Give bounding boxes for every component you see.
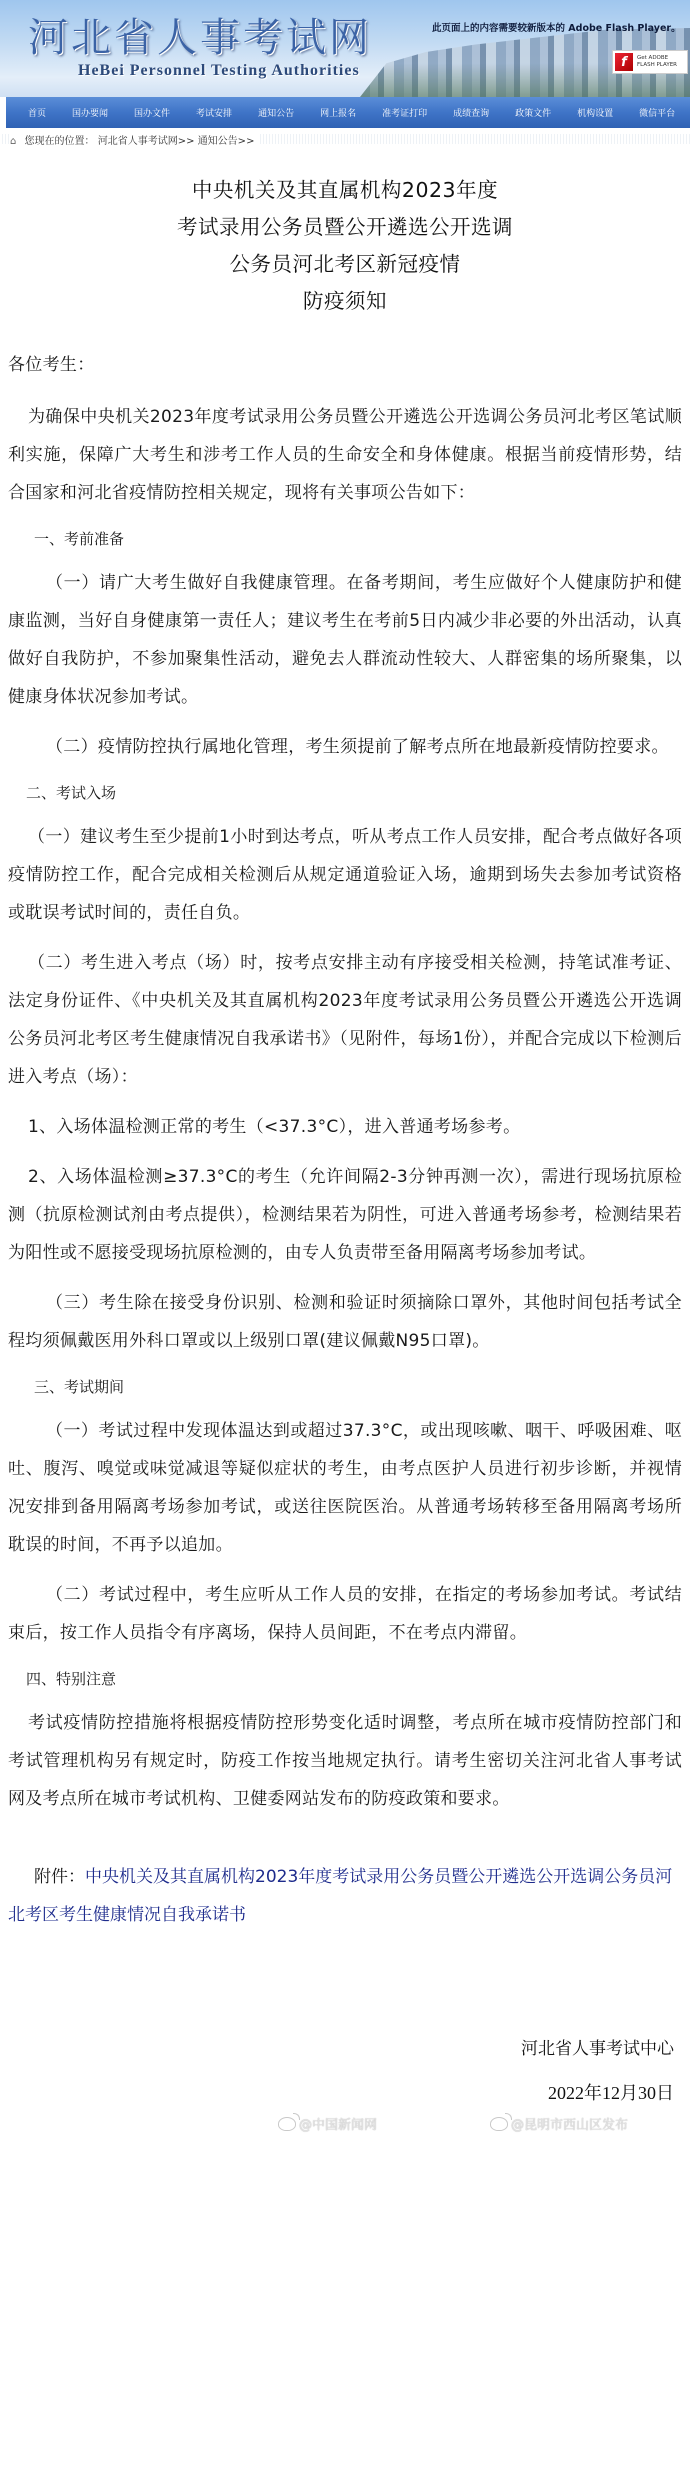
flash-notice: 此页面上的内容需要较新版本的 Adobe Flash Player。	[432, 20, 681, 34]
nav-item-documents[interactable]: 国办文件	[134, 106, 170, 119]
nav-item-online-registration[interactable]: 网上报名	[320, 106, 356, 119]
site-title-cn: 河北省人事考试网	[28, 6, 372, 63]
paragraph: （三）考生除在接受身份识别、检测和验证时须摘除口罩外，其他时间包括考试全程均须佩…	[8, 1284, 682, 1360]
main-nav: 首页 国办要闻 国办文件 考试安排 通知公告 网上报名 准考证打印 成绩查询 政…	[6, 97, 690, 128]
document-title: 中央机关及其直属机构2023年度 考试录用公务员暨公开遴选公开选调 公务员河北考…	[0, 172, 690, 320]
section-heading-1: 一、考前准备	[8, 524, 682, 554]
attachment-link[interactable]: 中央机关及其直属机构2023年度考试录用公务员暨公开遴选公开选调公务员河北考区考…	[8, 1867, 672, 1925]
nav-item-organization[interactable]: 机构设置	[577, 106, 613, 119]
paragraph: （一）考试过程中发现体温达到或超过37.3°C，或出现咳嗽、咽干、呼吸困难、呕吐…	[8, 1412, 682, 1564]
breadcrumb-prefix: 您现在的位置：	[25, 136, 95, 147]
document-body: 各位考生： 为确保中央机关2023年度考试录用公务员暨公开遴选公开选调公务员河北…	[0, 346, 690, 2108]
weibo-icon	[278, 2117, 296, 2131]
paragraph: （二）考生进入考点（场）时，按考点安排主动有序接受相关检测，持笔试准考证、法定身…	[8, 944, 682, 1096]
nav-item-home[interactable]: 首页	[28, 106, 46, 119]
nav-item-wechat[interactable]: 微信平台	[639, 106, 675, 119]
paragraph: （一）请广大考生做好自我健康管理。在备考期间，考生应做好个人健康防护和健康监测，…	[8, 564, 682, 716]
nav-item-exam-schedule[interactable]: 考试安排	[196, 106, 232, 119]
nav-item-admission-print[interactable]: 准考证打印	[382, 106, 427, 119]
paragraph: 1、入场体温检测正常的考生（<37.3°C），进入普通考场参考。	[8, 1108, 682, 1146]
nav-item-news[interactable]: 国办要闻	[72, 106, 108, 119]
breadcrumb: ⌂ 您现在的位置： 河北省人事考试网>> 通知公告>>	[0, 128, 690, 150]
watermarks: @中国新闻网 @昆明市西山区发布	[0, 2110, 690, 2144]
attachment: 附件：中央机关及其直属机构2023年度考试录用公务员暨公开遴选公开选调公务员河北…	[8, 1858, 682, 1934]
site-title-en: HeBei Personnel Testing Authorities	[78, 62, 360, 80]
paragraph: 2、入场体温检测≥37.3°C的考生（允许间隔2-3分钟再测一次），需进行现场抗…	[8, 1158, 682, 1272]
watermark-text: @昆明市西山区发布	[511, 2114, 628, 2133]
flash-badge-text: Get ADOBE FLASH PLAYER	[637, 55, 677, 69]
title-line: 公务员河北考区新冠疫情	[0, 246, 690, 283]
signature-org: 河北省人事考试中心	[8, 2034, 674, 2064]
nav-item-score-query[interactable]: 成绩查询	[453, 106, 489, 119]
title-line: 防疫须知	[0, 283, 690, 320]
section-heading-4: 四、特别注意	[8, 1664, 682, 1694]
section-heading-2: 二、考试入场	[8, 778, 682, 808]
signature-date: 2022年12月30日	[8, 2078, 674, 2108]
section-heading-3: 三、考试期间	[8, 1372, 682, 1402]
title-line: 考试录用公务员暨公开遴选公开选调	[0, 209, 690, 246]
home-icon: ⌂	[10, 136, 16, 147]
paragraph: （一）建议考生至少提前1小时到达考点，听从考点工作人员安排，配合考点做好各项疫情…	[8, 818, 682, 932]
nav-item-policy[interactable]: 政策文件	[515, 106, 551, 119]
salutation: 各位考生：	[8, 346, 682, 384]
breadcrumb-inner: ⌂ 您现在的位置： 河北省人事考试网>> 通知公告>>	[10, 132, 258, 147]
watermark-text: @中国新闻网	[299, 2114, 377, 2133]
nav-item-notices[interactable]: 通知公告	[258, 106, 294, 119]
weibo-icon	[490, 2117, 508, 2131]
watermark: @中国新闻网	[278, 2114, 377, 2133]
breadcrumb-home-link[interactable]: 河北省人事考试网>>	[98, 136, 195, 147]
paragraph: （二）考试过程中，考生应听从工作人员的安排，在指定的考场参加考试。考试结束后，按…	[8, 1576, 682, 1652]
signature-block: 河北省人事考试中心 2022年12月30日	[8, 2034, 682, 2108]
attachment-label: 附件：	[34, 1867, 85, 1887]
watermark: @昆明市西山区发布	[490, 2114, 628, 2133]
title-line: 中央机关及其直属机构2023年度	[0, 172, 690, 209]
flash-badge-line1: Get ADOBE	[637, 55, 668, 61]
get-flash-player-button[interactable]: f Get ADOBE FLASH PLAYER	[612, 50, 688, 74]
intro-paragraph: 为确保中央机关2023年度考试录用公务员暨公开遴选公开选调公务员河北考区笔试顺利…	[8, 398, 682, 512]
paragraph: 考试疫情防控措施将根据疫情防控形势变化适时调整，考点所在城市疫情防控部门和考试管…	[8, 1704, 682, 1818]
flash-icon: f	[615, 53, 633, 71]
breadcrumb-notices-link[interactable]: 通知公告>>	[198, 136, 255, 147]
flash-badge-line2: FLASH PLAYER	[637, 62, 677, 68]
site-banner: 河北省人事考试网 HeBei Personnel Testing Authori…	[0, 0, 690, 97]
paragraph: （二）疫情防控执行属地化管理，考生须提前了解考点所在地最新疫情防控要求。	[8, 728, 682, 766]
